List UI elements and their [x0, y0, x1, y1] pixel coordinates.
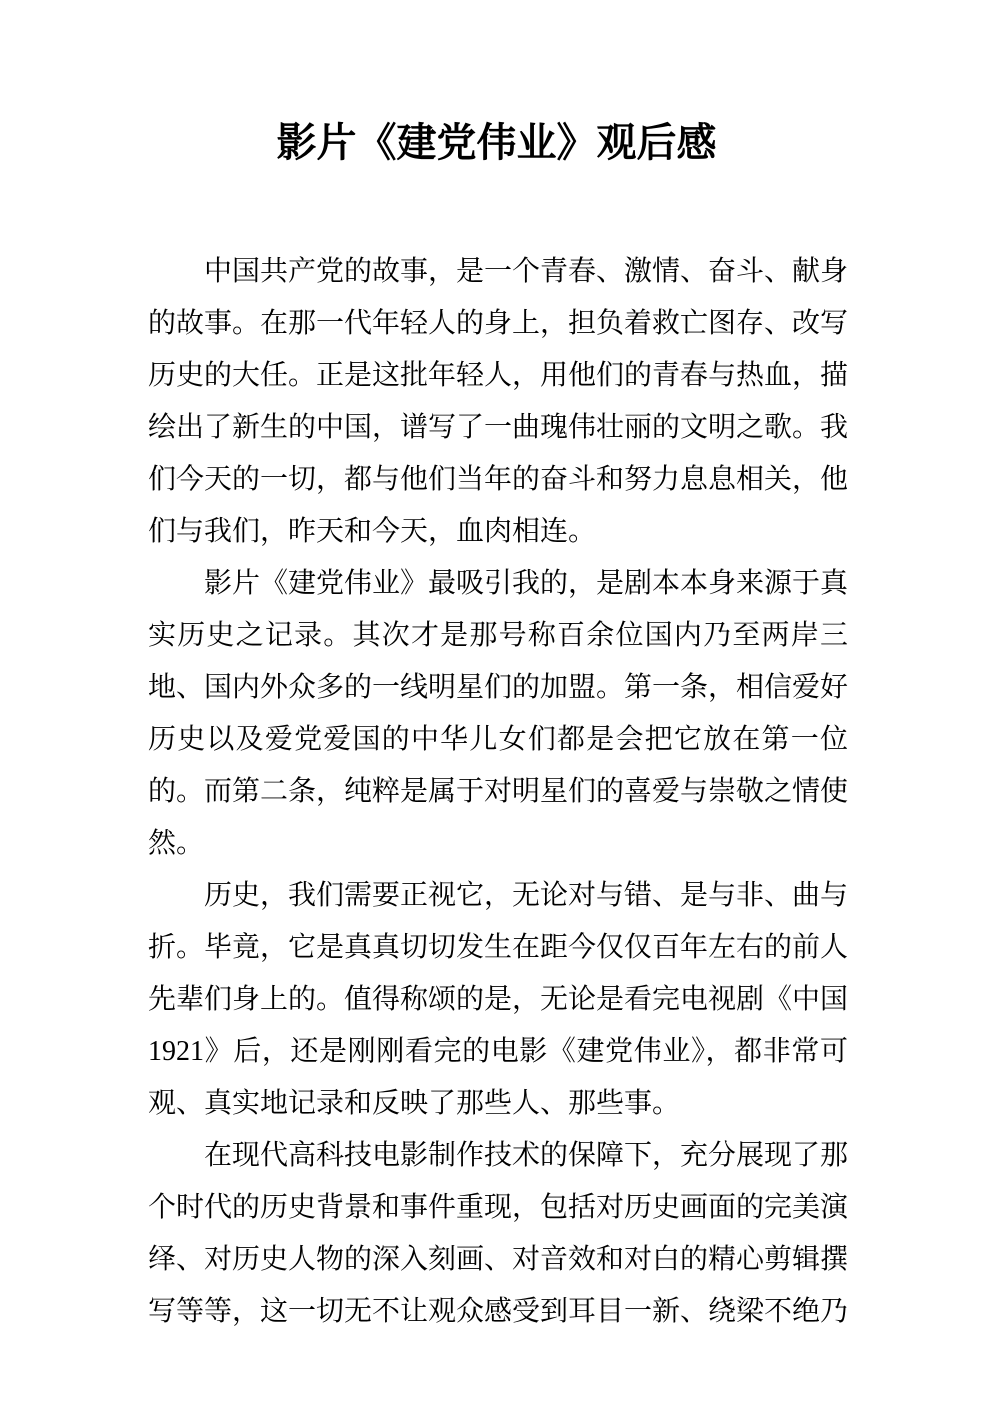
document-page: 影片《建党伟业》观后感 中国共产党的故事，是一个青春、激情、奋斗、献身的故事。在… — [0, 0, 993, 1404]
document-body: 中国共产党的故事，是一个青春、激情、奋斗、献身的故事。在那一代年轻人的身上，担负… — [148, 246, 848, 1338]
paragraph-4: 在现代高科技电影制作技术的保障下，充分展现了那个时代的历史背景和事件重现，包括对… — [148, 1130, 848, 1338]
paragraph-3: 历史，我们需要正视它，无论对与错、是与非、曲与折。毕竟，它是真真切切发生在距今仅… — [148, 870, 848, 1130]
document-title: 影片《建党伟业》观后感 — [0, 0, 993, 168]
paragraph-2: 影片《建党伟业》最吸引我的，是剧本本身来源于真实历史之记录。其次才是那号称百余位… — [148, 558, 848, 870]
paragraph-1: 中国共产党的故事，是一个青春、激情、奋斗、献身的故事。在那一代年轻人的身上，担负… — [148, 246, 848, 558]
